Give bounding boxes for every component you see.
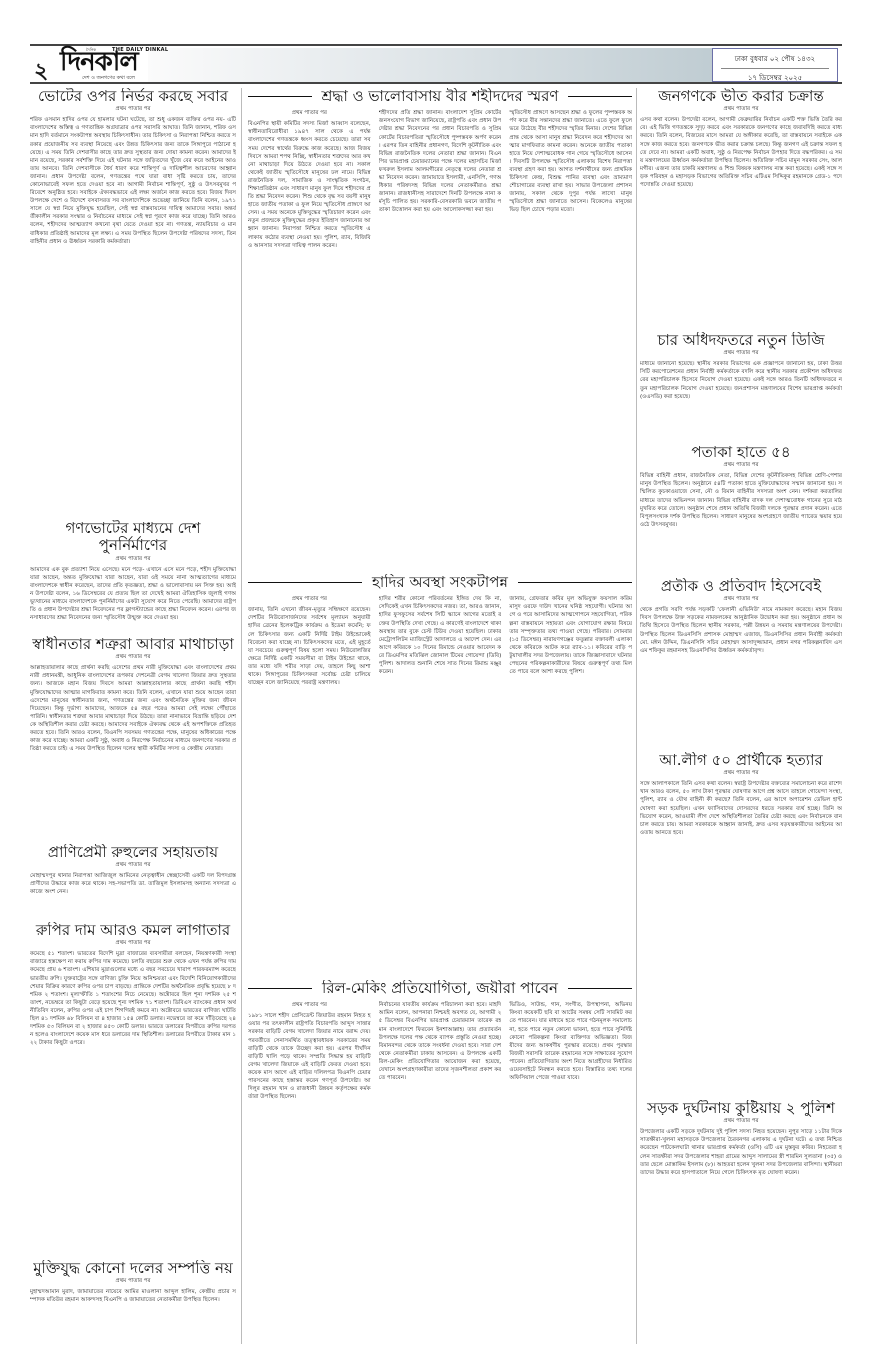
story-headline: সড়ক দুর্ঘটনায় কুষ্টিয়ায় ২ পুলিশ bbox=[640, 1100, 842, 1117]
story-subcolumns: প্রথম পাতার পর জানায়, তিনি এখনো জীবন-মৃ… bbox=[248, 595, 632, 970]
story-referendum: গণভোটের মাধ্যমে দেশ পুনর্নির্মাণের প্রথম… bbox=[30, 520, 236, 632]
logo-bangla-name: দিনকাল bbox=[60, 49, 138, 75]
newspaper-logo: দৈনিক THE DAILY DINKAL দিনকাল দেশ ও জনগণ… bbox=[60, 47, 180, 83]
story-symbol-protest: প্রতীক ও প্রতিবাদ হিসেবেই প্রথম পাতার পর… bbox=[640, 578, 842, 748]
story-new-dgs: চার অধিদফতরে নতুন ডিজি প্রথম পাতার পর মা… bbox=[640, 332, 842, 440]
jump-line: প্রথম পাতার পর bbox=[640, 106, 842, 114]
subcolumn: প্রথম পাতার পর ১৯৮১ সালে শহীদ প্রেসিডেন্… bbox=[248, 1001, 371, 1341]
story-body: মুহাম্মদআমান মুরাদ, জামায়াতের নায়েবে আ… bbox=[30, 1288, 236, 1304]
date-box: ঢাকা বুধবার ০২ পৌষ ১৪৩২ ১৭ ডিসেম্বর ২০২৫ bbox=[712, 48, 838, 82]
story-headline: চার অধিদফতরে নতুন ডিজি bbox=[640, 332, 842, 349]
headline-with-rules: রিল-মেকিং প্রতিযোগিতা, জয়ীরা পাবেন bbox=[248, 980, 632, 997]
story-headline: রুপির দাম আরও কমল লাগাতার bbox=[30, 922, 236, 939]
headline-rule bbox=[248, 96, 312, 98]
story-body: আমাদের এক বুক প্রত্যাশা নিয়ে এসেছে। মনে… bbox=[30, 566, 236, 623]
subcolumn: প্রথম পাতার পর বিএনপির স্থায়ী কমিটির সদ… bbox=[248, 109, 371, 564]
story-flag-54: পতাকা হাতে ৫৪ প্রথম পাতার পর বিভিন্ন বাহ… bbox=[640, 444, 842, 574]
story-headline: জনগণকে ভীত করার চক্রান্ত bbox=[640, 88, 842, 105]
headline-rule bbox=[568, 96, 632, 98]
subcolumn: স্মৃতিসৌধ প্রাঙ্গণে আসছেন শ্রদ্ধা ও ফুলে… bbox=[509, 109, 632, 564]
story-headline: গণভোটের মাধ্যমে দেশ পুনর্নির্মাণের bbox=[30, 520, 236, 555]
jump-line: প্রথম পাতার পর bbox=[248, 110, 371, 118]
story-body: ১৯৮১ সালে শহীদ প্রেসিডেন্ট জিয়াউর রহমান… bbox=[248, 1012, 371, 1101]
story-headline: রিল-মেকিং প্রতিযোগিতা, জয়ীরা পাবেন bbox=[322, 980, 558, 997]
story-body: আল্লাহতায়ালার কাছে প্রার্থনা করছি এদেশে… bbox=[30, 664, 236, 753]
story-headline: মুক্তিযুদ্ধ কোনো দলের সম্পত্তি নয় bbox=[30, 1260, 236, 1277]
masthead-gradient-band bbox=[148, 48, 718, 82]
story-body: ভিডিও, সাউন্ড, গান, সংগীত, উপস্থাপনা, অভ… bbox=[509, 1001, 632, 1082]
story-headline: হাদির অবস্থা সংকটাপন্ন bbox=[372, 574, 508, 591]
story-road-accident: সড়ক দুর্ঘটনায় কুষ্টিয়ায় ২ পুলিশ প্রথ… bbox=[640, 1100, 842, 1344]
story-body: উপজেলার একটি সড়কে দুর্ঘটনায় দুই পুলিশ … bbox=[640, 1128, 842, 1177]
page-number: ২ bbox=[34, 54, 48, 91]
jump-line: প্রথম পাতার পর bbox=[30, 106, 236, 114]
jump-line: প্রথম পাতার পর bbox=[30, 1278, 236, 1286]
story-independence-enemies: স্বাধীনতার শত্রুরা আবার মাথাচাড়া প্রথম … bbox=[30, 636, 236, 842]
story-rupee: রুপির দাম আরও কমল লাগাতার প্রথম পাতার পর… bbox=[30, 922, 236, 1258]
headline-rule bbox=[568, 988, 632, 990]
story-headline: স্বাধীনতার শত্রুরা আবার মাথাচাড়া bbox=[30, 636, 236, 653]
story-vote: ভোটের ওপর নির্ভর করছে সবার প্রথম পাতার প… bbox=[30, 88, 236, 518]
jump-line: প্রথম পাতার পর bbox=[640, 350, 842, 358]
headline-rule bbox=[248, 988, 312, 990]
story-headline: প্রতীক ও প্রতিবাদ হিসেবেই bbox=[640, 578, 842, 595]
story-body: নির্বাচনের যাবতীয় কার্যক্রম পরিচালনা কর… bbox=[379, 1001, 502, 1082]
headline-with-rules: শ্রদ্ধা ও ভালোবাসায় বীর শহীদদের স্মরণ bbox=[248, 88, 632, 105]
story-headline: আ.লীগ ৫০ প্রার্থীকে হত্যার bbox=[640, 752, 842, 769]
story-martyrs-tribute: শ্রদ্ধা ও ভালোবাসায় বীর শহীদদের স্মরণ প… bbox=[248, 88, 632, 570]
story-body: মাধ্যমে জানানো হয়েছে। স্থানীয় সরকার বি… bbox=[640, 360, 842, 400]
story-body: শরিফ ওসমান হাদির ওপর যে হামলার ঘটনা ঘটেছ… bbox=[30, 116, 236, 246]
jump-line: প্রথম পাতার পর bbox=[640, 462, 842, 470]
story-body: কমেছে ৫১ শতাংশ। ভারতের বিদেশি মুদ্রা বাজ… bbox=[30, 950, 236, 1047]
story-headline: ভোটের ওপর নির্ভর করছে সবার bbox=[30, 88, 236, 105]
jump-line: প্রথম পাতার পর bbox=[248, 596, 371, 604]
story-hadi-critical: হাদির অবস্থা সংকটাপন্ন প্রথম পাতার পর জা… bbox=[248, 574, 632, 974]
jump-line: প্রথম পাতার পর bbox=[248, 1002, 371, 1010]
subcolumn: ভিডিও, সাউন্ড, গান, সংগীত, উপস্থাপনা, অভ… bbox=[509, 1001, 632, 1341]
story-liberation-war: মুক্তিযুদ্ধ কোনো দলের সম্পত্তি নয় প্রথম… bbox=[30, 1260, 236, 1344]
story-body: জানায়, তিনি এখনো জীবন-মৃত্যুর সন্ধিক্ষণ… bbox=[248, 606, 371, 687]
jump-line: প্রথম পাতার পর bbox=[640, 596, 842, 604]
headline-rule bbox=[248, 582, 362, 584]
story-headline: পতাকা হাতে ৫৪ bbox=[640, 444, 842, 461]
date-bangla: ঢাকা বুধবার ০২ পৌষ ১৪৩২ bbox=[721, 49, 829, 69]
story-reel-making: রিল-মেকিং প্রতিযোগিতা, জয়ীরা পাবেন প্রথ… bbox=[248, 980, 632, 1344]
jump-line: প্রথম পাতার পর bbox=[30, 862, 236, 870]
jump-line: প্রথম পাতার পর bbox=[30, 940, 236, 948]
story-body: সঙ্গে আলাপকালে তিনি এসব কথা বলেন। স্বরাষ… bbox=[640, 780, 842, 837]
story-body: এসব কথা বলেন। উপদেষ্টা বলেন, আগামী ফেব্র… bbox=[640, 116, 842, 189]
story-body: মোহাম্মদপুর থানার নিরাপত্তা আজিজুল আমিনে… bbox=[30, 872, 236, 896]
jump-line: প্রথম পাতার পর bbox=[640, 1118, 842, 1126]
story-body: থেকে প্রগতি সরণি পর্যন্ত সড়কটি ‘ফেলানী … bbox=[640, 606, 842, 655]
subcolumn: জানায়, গ্রেফতার কবির মূল অভিযুক্ত ফয়সা… bbox=[509, 595, 632, 970]
story-headline: শ্রদ্ধা ও ভালোবাসায় বীর শহীদদের স্মরণ bbox=[322, 88, 559, 105]
story-subcolumns: প্রথম পাতার পর বিএনপির স্থায়ী কমিটির সদ… bbox=[248, 109, 632, 564]
story-subcolumns: প্রথম পাতার পর ১৯৮১ সালে শহীদ প্রেসিডেন্… bbox=[248, 1001, 632, 1341]
date-english: ১৭ ডিসেম্বর ২০২৫ bbox=[713, 69, 837, 84]
story-animal-lover: প্রাণিপ্রেমী রুহুলের সহায়তায় প্রথম পাত… bbox=[30, 844, 236, 920]
column-divider bbox=[241, 88, 242, 1344]
subcolumn: শহীদদের প্রতি শ্রদ্ধা জানান। বাংলাদেশ সু… bbox=[379, 109, 502, 564]
subcolumn: প্রথম পাতার পর জানায়, তিনি এখনো জীবন-মৃ… bbox=[248, 595, 371, 970]
jump-line: প্রথম পাতার পর bbox=[30, 654, 236, 662]
story-body: স্মৃতিসৌধ প্রাঙ্গণে আসছেন শ্রদ্ধা ও ফুলে… bbox=[509, 109, 632, 214]
jump-line: প্রথম পাতার পর bbox=[640, 770, 842, 778]
story-body: বিএনপির স্থায়ী কমিটির সদস্য মির্জা আব্ব… bbox=[248, 120, 371, 250]
story-al-50-candidates: আ.লীগ ৫০ প্রার্থীকে হত্যার প্রথম পাতার প… bbox=[640, 752, 842, 1096]
story-fear-conspiracy: জনগণকে ভীত করার চক্রান্ত প্রথম পাতার পর … bbox=[640, 88, 842, 328]
story-body: হাদির শরীর কোনো পরিবর্তনের ইঙ্গিত দেয় ক… bbox=[379, 595, 502, 676]
jump-line: প্রথম পাতার পর bbox=[30, 556, 236, 564]
headline-rule bbox=[518, 582, 632, 584]
subcolumn: নির্বাচনের যাবতীয় কার্যক্রম পরিচালনা কর… bbox=[379, 1001, 502, 1341]
column-divider bbox=[636, 88, 637, 1344]
story-headline: প্রাণিপ্রেমী রুহুলের সহায়তায় bbox=[30, 844, 236, 861]
story-body: বিভিন্ন বাহিনী প্রধান, রাজনৈতিক নেতা, বি… bbox=[640, 472, 842, 529]
masthead: ২ দৈনিক THE DAILY DINKAL দিনকাল দেশ ও জন… bbox=[30, 44, 842, 84]
story-body: শহীদদের প্রতি শ্রদ্ধা জানান। বাংলাদেশ সু… bbox=[379, 109, 502, 214]
newspaper-page: ২ দৈনিক THE DAILY DINKAL দিনকাল দেশ ও জন… bbox=[30, 44, 842, 1344]
subcolumn: হাদির শরীর কোনো পরিবর্তনের ইঙ্গিত দেয় ক… bbox=[379, 595, 502, 970]
headline-with-rules: হাদির অবস্থা সংকটাপন্ন bbox=[248, 574, 632, 591]
logo-tagline: দেশ ও জনগণের কথা বলে bbox=[82, 75, 135, 83]
story-body: জানায়, গ্রেফতার কবির মূল অভিযুক্ত ফয়সা… bbox=[509, 595, 632, 676]
